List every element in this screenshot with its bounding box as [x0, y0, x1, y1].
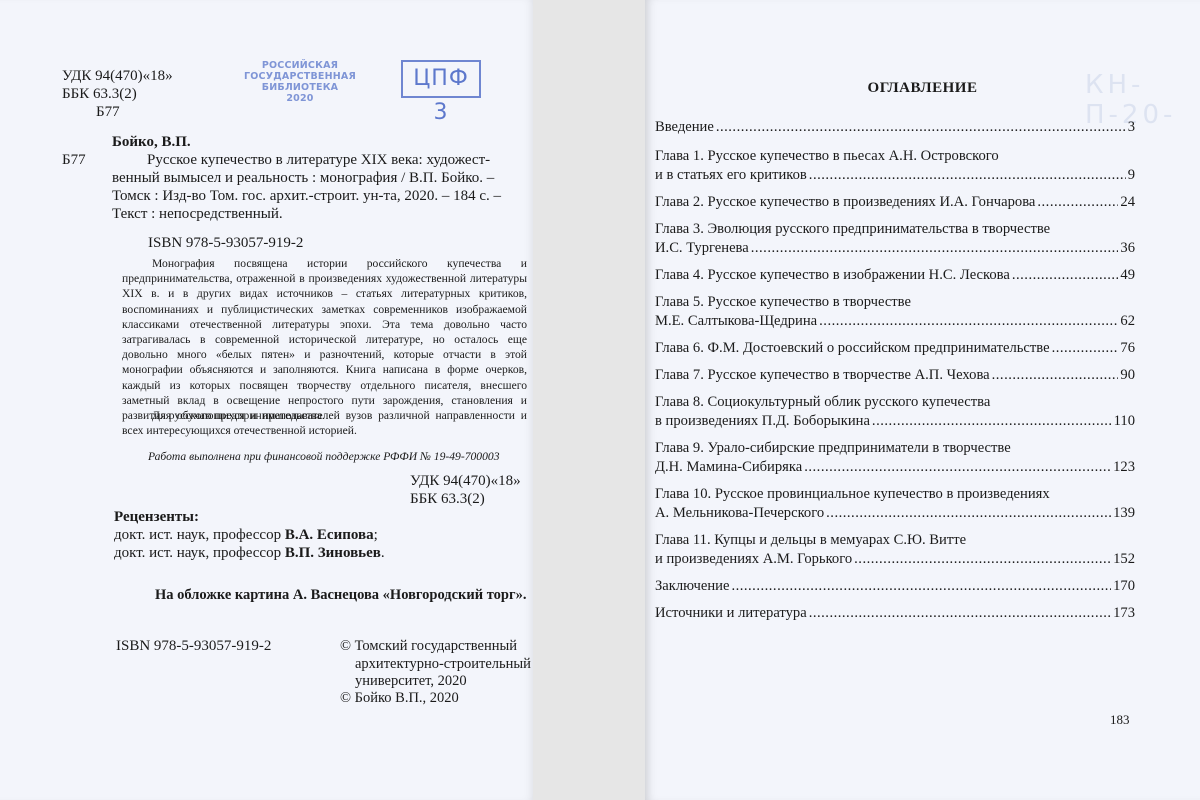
toc-entry-title: Глава 2. Русское купечество в произведен… [655, 193, 1035, 212]
toc-line: Глава 1. Русское купечество в пьесах А.Н… [655, 147, 1135, 166]
toc-page-number: 173 [1113, 604, 1135, 623]
bbk-repeat: ББК 63.3(2) [410, 490, 485, 509]
page-number: 183 [1110, 712, 1130, 728]
toc-page-number: 62 [1120, 312, 1135, 331]
copyright-line: © Томский государственный [340, 637, 517, 656]
abstract-text: Монография посвящена истории российского… [122, 257, 527, 422]
reviewers-heading: Рецензенты: [114, 508, 199, 527]
library-stamp: РОССИЙСКАЯ ГОСУДАРСТВЕННАЯ БИБЛИОТЕКА 20… [244, 60, 356, 104]
toc-line: Глава 8. Социокультурный облик русского … [655, 393, 1135, 412]
toc-entry-title: И.С. Тургенева [655, 239, 749, 258]
toc-entry[interactable]: Глава 2. Русское купечество в произведен… [655, 193, 1135, 212]
bib-line: Томск : Изд-во Том. гос. архит.-строит. … [112, 187, 501, 206]
author-heading: Бойко, В.П. [112, 133, 191, 152]
toc-entry-title: Источники и литература [655, 604, 807, 623]
toc-line: Заключение170 [655, 577, 1135, 596]
toc-entry[interactable]: Глава 11. Купцы и дельцы в мемуарах С.Ю.… [655, 531, 1135, 569]
toc-entry[interactable]: Источники и литература173 [655, 604, 1135, 623]
punct: . [381, 545, 385, 561]
reviewer-name: В.А. Есипова [285, 527, 374, 543]
stamp-line: ГОСУДАРСТВЕННАЯ [244, 71, 356, 82]
reviewer-title: докт. ист. наук, профессор [114, 545, 285, 561]
dot-leader [872, 412, 1112, 431]
dot-leader [1037, 193, 1118, 212]
toc-page-number: 110 [1114, 412, 1135, 431]
dot-leader [992, 366, 1119, 385]
toc-page-number: 76 [1120, 339, 1135, 358]
toc-entry-title: Глава 10. Русское провинциальное купечес… [655, 485, 1050, 504]
audience-note: Для обучающихся и преподавателей вузов р… [122, 408, 527, 438]
isbn-top: ISBN 978-5-93057-919-2 [148, 234, 303, 253]
reviewer-name: В.П. Зиновьев [285, 545, 381, 561]
stamp-line: 2020 [244, 93, 356, 104]
toc-line: А. Мельникова-Печерского139 [655, 504, 1135, 523]
toc-entry[interactable]: Глава 8. Социокультурный облик русского … [655, 393, 1135, 431]
toc-page-number: 123 [1113, 458, 1135, 477]
stamp-line: РОССИЙСКАЯ [244, 60, 356, 71]
toc-page-number: 24 [1120, 193, 1135, 212]
cutter-code: Б77 [96, 103, 120, 122]
toc-entry-title: Глава 3. Эволюция русского предпринимате… [655, 220, 1050, 239]
dot-leader [751, 239, 1119, 258]
toc-line: Глава 6. Ф.М. Достоевский о российском п… [655, 339, 1135, 358]
toc-entry-title: А. Мельникова-Печерского [655, 504, 824, 523]
bib-line: Русское купечество в литературе XIX века… [147, 151, 490, 170]
toc-entry-title: и произведениях А.М. Горького [655, 550, 852, 569]
page-gutter [533, 0, 645, 800]
toc-entry-title: Глава 4. Русское купечество в изображени… [655, 266, 1010, 285]
toc-entry-title: Д.Н. Мамина-Сибиряка [655, 458, 802, 477]
toc-line: М.Е. Салтыкова-Щедрина62 [655, 312, 1135, 331]
dot-leader [716, 118, 1126, 137]
toc-page-number: 90 [1120, 366, 1135, 385]
abstract: Монография посвящена истории российского… [122, 256, 527, 423]
toc-line: Введение3 [655, 118, 1135, 137]
toc-line: Источники и литература173 [655, 604, 1135, 623]
toc-line: Глава 7. Русское купечество в творчестве… [655, 366, 1135, 385]
udk-repeat: УДК 94(470)«18» [410, 472, 521, 491]
toc-line: и произведениях А.М. Горького152 [655, 550, 1135, 569]
toc-page-number: 36 [1120, 239, 1135, 258]
bib-line: Текст : непосредственный. [112, 205, 283, 224]
dot-leader [804, 458, 1111, 477]
toc-page-number: 170 [1113, 577, 1135, 596]
left-page: РОССИЙСКАЯ ГОСУДАРСТВЕННАЯ БИБЛИОТЕКА 20… [0, 0, 533, 800]
bbk-code: ББК 63.3(2) [62, 85, 137, 104]
cpf-stamp: ЦПФ 3 [401, 60, 481, 98]
dot-leader [809, 604, 1111, 623]
copyright-line: © Бойко В.П., 2020 [340, 689, 459, 708]
reviewer-title: докт. ист. наук, профессор [114, 527, 285, 543]
dot-leader [826, 504, 1111, 523]
toc-entry[interactable]: Глава 10. Русское провинциальное купечес… [655, 485, 1135, 523]
toc-entry-title: М.Е. Салтыкова-Щедрина [655, 312, 817, 331]
dot-leader [854, 550, 1111, 569]
cutter-margin: Б77 [62, 151, 86, 170]
toc-page-number: 139 [1113, 504, 1135, 523]
dot-leader [809, 166, 1126, 185]
toc-entry[interactable]: Глава 5. Русское купечество в творчестве… [655, 293, 1135, 331]
toc-line: и в статьях его критиков9 [655, 166, 1135, 185]
toc-entry[interactable]: Заключение170 [655, 577, 1135, 596]
dot-leader [1052, 339, 1119, 358]
toc-page-number: 3 [1128, 118, 1135, 137]
reviewer-line: докт. ист. наук, профессор В.П. Зиновьев… [114, 544, 385, 563]
toc-title: ОГЛАВЛЕНИЕ [645, 80, 1200, 97]
toc-entry[interactable]: Введение3 [655, 118, 1135, 137]
punct: ; [374, 527, 378, 543]
toc-line: в произведениях П.Д. Боборыкина110 [655, 412, 1135, 431]
table-of-contents: Введение3Глава 1. Русское купечество в п… [655, 118, 1135, 631]
toc-entry-title: Глава 7. Русское купечество в творчестве… [655, 366, 990, 385]
toc-entry-title: Глава 11. Купцы и дельцы в мемуарах С.Ю.… [655, 531, 966, 550]
toc-entry-title: Заключение [655, 577, 729, 596]
toc-entry-title: Глава 1. Русское купечество в пьесах А.Н… [655, 147, 999, 166]
reviewer-line: докт. ист. наук, профессор В.А. Есипова; [114, 526, 378, 545]
toc-line: Глава 10. Русское провинциальное купечес… [655, 485, 1135, 504]
toc-entry[interactable]: Глава 7. Русское купечество в творчестве… [655, 366, 1135, 385]
funding-note: Работа выполнена при финансовой поддержк… [148, 449, 500, 464]
toc-line: Глава 5. Русское купечество в творчестве [655, 293, 1135, 312]
toc-line: Глава 3. Эволюция русского предпринимате… [655, 220, 1135, 239]
toc-entry-title: и в статьях его критиков [655, 166, 807, 185]
toc-line: И.С. Тургенева36 [655, 239, 1135, 258]
toc-entry-title: в произведениях П.Д. Боборыкина [655, 412, 870, 431]
stamp-line: БИБЛИОТЕКА [244, 82, 356, 93]
dot-leader [819, 312, 1118, 331]
toc-line: Глава 4. Русское купечество в изображени… [655, 266, 1135, 285]
isbn-bottom: ISBN 978-5-93057-919-2 [116, 637, 271, 656]
toc-entry[interactable]: Глава 4. Русское купечество в изображени… [655, 266, 1135, 285]
toc-entry-title: Глава 6. Ф.М. Достоевский о российском п… [655, 339, 1050, 358]
toc-page-number: 152 [1113, 550, 1135, 569]
toc-entry-title: Глава 9. Урало-сибирские предприниматели… [655, 439, 1011, 458]
toc-line: Д.Н. Мамина-Сибиряка123 [655, 458, 1135, 477]
toc-entry[interactable]: Глава 6. Ф.М. Достоевский о российском п… [655, 339, 1135, 358]
toc-entry[interactable]: Глава 9. Урало-сибирские предприниматели… [655, 439, 1135, 477]
toc-entry-title: Глава 5. Русское купечество в творчестве [655, 293, 911, 312]
toc-entry[interactable]: Глава 3. Эволюция русского предпринимате… [655, 220, 1135, 258]
toc-entry-title: Введение [655, 118, 714, 137]
udk-code: УДК 94(470)«18» [62, 67, 173, 86]
toc-entry-title: Глава 8. Социокультурный облик русского … [655, 393, 990, 412]
toc-line: Глава 11. Купцы и дельцы в мемуарах С.Ю.… [655, 531, 1135, 550]
dot-leader [731, 577, 1111, 596]
cover-note: На обложке картина А. Васнецова «Новгоро… [155, 586, 526, 605]
toc-line: Глава 9. Урало-сибирские предприниматели… [655, 439, 1135, 458]
bib-line: венный вымысел и реальность : монография… [112, 169, 494, 188]
toc-entry[interactable]: Глава 1. Русское купечество в пьесах А.Н… [655, 147, 1135, 185]
audience-text: Для обучающихся и преподавателей вузов р… [122, 409, 527, 437]
toc-line: Глава 2. Русское купечество в произведен… [655, 193, 1135, 212]
dot-leader [1012, 266, 1119, 285]
toc-page-number: 9 [1128, 166, 1135, 185]
toc-page-number: 49 [1120, 266, 1135, 285]
